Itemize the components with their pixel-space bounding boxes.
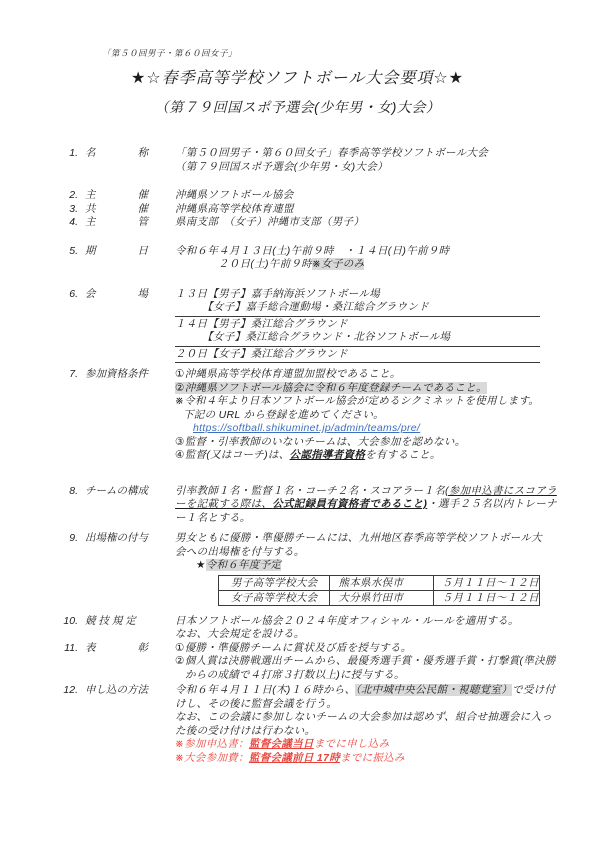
text-segment: 県南支部 （女子）沖縄市支部（男子） <box>175 216 364 228</box>
item-content: 男女ともに優勝・準優勝チームには、九州地区春季高等学校ソフトボール大 会への出場… <box>175 532 540 606</box>
text-segment: ※女子のみ <box>312 258 364 270</box>
text-segment: なお、この会議に参加しないチームの大会参加は認めず、組合せ抽選会に入っ <box>175 711 552 723</box>
text-segment: 日本ソフトボール協会２０２４年度オフィシャル・ルールを適用する。 <box>175 615 519 627</box>
item-rules: 10. 競 技 規 定 日本ソフトボール協会２０２４年度オフィシャル・ルールを適… <box>0 615 595 642</box>
text-segment: 男女ともに優勝・準優勝チームには、九州地区春季高等学校ソフトボール大 <box>175 532 542 544</box>
registration-url-link[interactable]: https://softball.shikuminet.jp/admin/tea… <box>193 422 540 436</box>
item-label: 主 管 <box>85 216 175 230</box>
text-line: ①沖縄県高等学校体育連盟加盟校であること。 <box>175 368 540 382</box>
text-segment: ②個人賞は決勝戦選出チームから、最優秀選手賞・優秀選手賞・打撃賞(準決勝 <box>175 655 556 667</box>
item-content: 県南支部 （女子）沖縄市支部（男子） <box>175 216 540 230</box>
text-segment: で受け付 <box>512 684 555 696</box>
text-line: 「第５０回男子・第６０回女子」春季高等学校ソフトボール大会 <box>175 147 540 161</box>
item-management: 4. 主 管 県南支部 （女子）沖縄市支部（男子） <box>0 216 595 230</box>
item-label: 主 催 <box>85 189 175 203</box>
text-line: 県南支部 （女子）沖縄市支部（男子） <box>175 216 540 230</box>
text-line: １３日【男子】嘉手納海浜ソフトボール場 <box>175 288 540 302</box>
text-line: ④監督(又はコーチ)は、公認指導者資格を有すること。 <box>175 449 540 463</box>
fee-deadline-note: ※大会参加費：監督会議前日 17時までに振込み <box>175 752 540 766</box>
text-line: ※令和４年より日本ソフトボール協会が定めるシクミネットを使用します。 <box>175 395 540 409</box>
document-page: 「第５０回男子・第６０回女子」 ★☆春季高等学校ソフトボール大会要項☆★ （第７… <box>0 0 595 842</box>
table-cell-location: 大分県竹田市 <box>330 590 433 605</box>
items-list: 1. 名 称 「第５０回男子・第６０回女子」春季高等学校ソフトボール大会 （第７… <box>0 147 595 765</box>
item-label: 期 日 <box>85 245 175 259</box>
text-segment: までに振込み <box>340 752 405 764</box>
item-qualification: 9. 出場権の付与 男女ともに優勝・準優勝チームには、九州地区春季高等学校ソフト… <box>0 532 595 606</box>
table-row: 男子高等学校大会 熊本県水俣市 ５月１１日～１２日 <box>219 575 540 590</box>
item-content: 令和６年４月１３日(土)午前９時 ・１４日(日)午前９時 ２０日(土)午前９時※… <box>175 245 540 272</box>
text-segment: からの成績で４打席３打数以上)に授与する。 <box>185 669 405 681</box>
item-number: 11. <box>56 642 78 656</box>
text-line: ①優勝・準優勝チームに賞状及び盾を授与する。 <box>175 642 540 656</box>
item-number: 4. <box>56 216 78 230</box>
item-label: 名 称 <box>85 147 175 161</box>
item-number: 3. <box>56 203 78 217</box>
text-line: 【女子】嘉手総合運動場・桑江総合グラウンド <box>175 301 540 315</box>
text-segment: ※大会参加費： <box>175 752 249 764</box>
text-segment: を有すること。 <box>365 449 441 461</box>
text-segment: ④監督(又はコーチ)は、 <box>175 449 290 461</box>
text-segment: までに申し込み <box>314 738 390 750</box>
text-line: （第７９回国スポ予選会(少年男・女)大会） <box>175 161 540 175</box>
item-label: 表 彰 <box>85 642 175 656</box>
item-awards: 11. 表 彰 ①優勝・準優勝チームに賞状及び盾を授与する。 ②個人賞は決勝戦選… <box>0 642 595 683</box>
text-segment: けし、その後に監督会議を行う。 <box>175 698 337 710</box>
text-line: 引率教師１名・監督１名・コーチ２名・スコアラー１名(参加申込書にスコアラ <box>175 485 540 499</box>
text-segment: 令和６年度予定 <box>206 559 282 571</box>
text-line: 日本ソフトボール協会２０２４年度オフィシャル・ルールを適用する。 <box>175 615 540 629</box>
venue-group-day13: １３日【男子】嘉手納海浜ソフトボール場 【女子】嘉手総合運動場・桑江総合グラウン… <box>175 288 540 317</box>
item-eligibility: 7. 参加資格条件 ①沖縄県高等学校体育連盟加盟校であること。 ②沖縄県ソフトボ… <box>0 368 595 463</box>
doc-title: ★☆春季高等学校ソフトボール大会要項☆★ <box>0 69 595 89</box>
venue-group-day20: ２０日【女子】桑江総合グラウンド <box>175 348 540 364</box>
text-segment: ②沖縄県ソフトボール協会に令和６年度登録チームであること。 <box>175 382 487 394</box>
item-label: 出場権の付与 <box>85 532 175 546</box>
text-segment: ③監督・引率教師のいないチームは、大会参加を認めない。 <box>175 436 466 448</box>
application-deadline-note: ※参加申込書：監督会議当日までに申し込み <box>175 738 540 752</box>
text-segment: ★ <box>196 559 206 571</box>
text-segment: ２０日(土)午前９時 <box>218 258 312 270</box>
item-content: 沖縄県高等学校体育連盟 <box>175 203 540 217</box>
text-segment: ※参加申込書： <box>175 738 249 750</box>
text-segment: 令和６年４月１３日(土)午前９時 ・１４日(日)午前９時 <box>175 245 449 257</box>
text-segment: 令和６年４月１１日(木)１６時から、 <box>175 684 355 696</box>
text-line: 沖縄県高等学校体育連盟 <box>175 203 540 217</box>
text-line: 会への出場権を付与する。 <box>175 546 540 560</box>
text-line: １４日【男子】桑江総合グラウンド <box>175 318 540 332</box>
text-segment: １４日【男子】桑江総合グラウンド <box>175 318 348 330</box>
text-segment: ・選手２５名以内トレーナ <box>427 498 557 510</box>
kyushu-tournament-table: 男子高等学校大会 熊本県水俣市 ５月１１日～１２日 女子高等学校大会 大分県竹田… <box>218 575 540 606</box>
item-name: 1. 名 称 「第５０回男子・第６０回女子」春季高等学校ソフトボール大会 （第７… <box>0 147 595 174</box>
text-segment: なお、大会規定を設ける。 <box>175 628 305 640</box>
text-segment: 引率教師１名・監督１名・コーチ２名・スコアラー１名 <box>175 485 445 497</box>
doc-super-title: 「第５０回男子・第６０回女子」 <box>102 48 595 59</box>
item-label: 共 催 <box>85 203 175 217</box>
text-segment: ①沖縄県高等学校体育連盟加盟校であること。 <box>175 368 401 380</box>
text-line: からの成績で４打席３打数以上)に授与する。 <box>185 669 540 683</box>
item-sponsor: 2. 主 催 沖縄県ソフトボール協会 <box>0 189 595 203</box>
item-content: 日本ソフトボール協会２０２４年度オフィシャル・ルールを適用する。 なお、大会規定… <box>175 615 540 642</box>
text-line: ②沖縄県ソフトボール協会に令和６年度登録チームであること。 <box>175 382 540 396</box>
text-segment: （北中城中央公民館・視聴覚室） <box>355 684 512 696</box>
table-cell-dates: ５月１１日～１２日 <box>433 575 539 590</box>
item-content: ①沖縄県高等学校体育連盟加盟校であること。 ②沖縄県ソフトボール協会に令和６年度… <box>175 368 540 463</box>
item-label: 申し込の方法 <box>85 684 175 698</box>
text-line: ★令和６年度予定 <box>196 559 540 573</box>
item-number: 9. <box>56 532 78 546</box>
text-segment: た後の受け付けは行わない。 <box>175 725 315 737</box>
text-line: 下記の URL から登録を進めてください。 <box>183 409 540 423</box>
text-line: ③監督・引率教師のいないチームは、大会参加を認めない。 <box>175 436 540 450</box>
text-segment: 【女子】桑江総合グラウンド・北谷ソフトボール場 <box>175 331 450 343</box>
text-segment: 沖縄県ソフトボール協会 <box>175 189 294 201</box>
text-segment: 「第５０回男子・第６０回女子」春季高等学校ソフトボール大会 <box>175 147 488 159</box>
text-line: 男女ともに優勝・準優勝チームには、九州地区春季高等学校ソフトボール大 <box>175 532 540 546</box>
text-segment: 監督会議前日 17時 <box>249 752 340 764</box>
text-segment: ①優勝・準優勝チームに賞状及び盾を授与する。 <box>175 642 412 654</box>
table-row: 女子高等学校大会 大分県竹田市 ５月１１日～１２日 <box>219 590 540 605</box>
item-cosponsor: 3. 共 催 沖縄県高等学校体育連盟 <box>0 203 595 217</box>
text-line: 沖縄県ソフトボール協会 <box>175 189 540 203</box>
doc-subtitle: （第７９回国スポ予選会(少年男・女)大会） <box>0 98 595 116</box>
text-line: ２０日(土)午前９時※女子のみ <box>218 258 540 272</box>
item-number: 5. <box>56 245 78 259</box>
item-number: 2. <box>56 189 78 203</box>
table-cell-tournament: 女子高等学校大会 <box>219 590 330 605</box>
text-segment: 【女子】嘉手総合運動場・桑江総合グラウンド <box>175 301 429 313</box>
item-number: 10. <box>56 615 78 629</box>
item-number: 1. <box>56 147 78 161</box>
item-content: 令和６年４月１１日(木)１６時から、（北中城中央公民館・視聴覚室）で受け付 けし… <box>175 684 540 765</box>
text-segment: ー１名とする。 <box>175 512 251 524</box>
item-label: 競 技 規 定 <box>85 615 175 629</box>
text-line: ２０日【女子】桑江総合グラウンド <box>175 348 540 362</box>
item-label: チームの構成 <box>85 485 175 499</box>
item-number: 7. <box>56 368 78 382</box>
item-content: ①優勝・準優勝チームに賞状及び盾を授与する。 ②個人賞は決勝戦選出チームから、最… <box>175 642 540 683</box>
text-line: 【女子】桑江総合グラウンド・北谷ソフトボール場 <box>175 331 540 345</box>
text-segment: https://softball.shikuminet.jp/admin/tea… <box>193 422 420 434</box>
item-label: 会 場 <box>85 288 175 302</box>
text-segment: 公式記録員有資格者であること) <box>272 498 427 510</box>
text-line: 令和６年４月１１日(木)１６時から、（北中城中央公民館・視聴覚室）で受け付 <box>175 684 540 698</box>
text-segment: ２０日【女子】桑江総合グラウンド <box>175 348 348 360</box>
table-cell-location: 熊本県水俣市 <box>330 575 433 590</box>
text-line: けし、その後に監督会議を行う。 <box>175 698 540 712</box>
text-segment: 監督会議当日 <box>249 738 314 750</box>
item-venues: 6. 会 場 １３日【男子】嘉手納海浜ソフトボール場 【女子】嘉手総合運動場・桑… <box>0 288 595 365</box>
text-line: なお、大会規定を設ける。 <box>175 628 540 642</box>
text-line: ー１名とする。 <box>175 512 540 526</box>
text-line: ②個人賞は決勝戦選出チームから、最優秀選手賞・優秀選手賞・打撃賞(準決勝 <box>175 655 540 669</box>
item-content: 引率教師１名・監督１名・コーチ２名・スコアラー１名(参加申込書にスコアラ ーを記… <box>175 485 540 526</box>
item-label: 参加資格条件 <box>85 368 175 382</box>
item-content: １３日【男子】嘉手納海浜ソフトボール場 【女子】嘉手総合運動場・桑江総合グラウン… <box>175 288 540 365</box>
text-line: ーを記載する際は、公式記録員有資格者であること)・選手２５名以内トレーナ <box>175 498 540 512</box>
text-segment: １３日【男子】嘉手納海浜ソフトボール場 <box>175 288 380 300</box>
item-dates: 5. 期 日 令和６年４月１３日(土)午前９時 ・１４日(日)午前９時 ２０日(… <box>0 245 595 272</box>
item-application: 12. 申し込の方法 令和６年４月１１日(木)１６時から、（北中城中央公民館・視… <box>0 684 595 765</box>
item-team-composition: 8. チームの構成 引率教師１名・監督１名・コーチ２名・スコアラー１名(参加申込… <box>0 485 595 526</box>
text-segment: ーを記載する際は、 <box>175 498 272 510</box>
item-content: 沖縄県ソフトボール協会 <box>175 189 540 203</box>
text-segment: ※令和４年より日本ソフトボール協会が定めるシクミネットを使用します。 <box>175 395 539 407</box>
text-segment: 下記の URL から登録を進めてください。 <box>183 409 384 421</box>
item-number: 6. <box>56 288 78 302</box>
text-segment: 会への出場権を付与する。 <box>175 546 305 558</box>
text-line: なお、この会議に参加しないチームの大会参加は認めず、組合せ抽選会に入っ <box>175 711 540 725</box>
table-cell-tournament: 男子高等学校大会 <box>219 575 330 590</box>
text-segment: (参加申込書にスコアラ <box>445 485 557 497</box>
text-segment: 公認指導者資格 <box>290 449 366 461</box>
text-segment: （第７９回国スポ予選会(少年男・女)大会） <box>175 161 388 173</box>
item-number: 8. <box>56 485 78 499</box>
doc-header: 「第５０回男子・第６０回女子」 ★☆春季高等学校ソフトボール大会要項☆★ （第７… <box>0 0 595 116</box>
item-number: 12. <box>56 684 78 698</box>
item-content: 「第５０回男子・第６０回女子」春季高等学校ソフトボール大会 （第７９回国スポ予選… <box>175 147 540 174</box>
venue-group-day14: １４日【男子】桑江総合グラウンド 【女子】桑江総合グラウンド・北谷ソフトボール場 <box>175 318 540 347</box>
text-line: た後の受け付けは行わない。 <box>175 725 540 739</box>
text-line: 令和６年４月１３日(土)午前９時 ・１４日(日)午前９時 <box>175 245 540 259</box>
table-cell-dates: ５月１１日～１２日 <box>433 590 539 605</box>
text-segment: 沖縄県高等学校体育連盟 <box>175 203 294 215</box>
